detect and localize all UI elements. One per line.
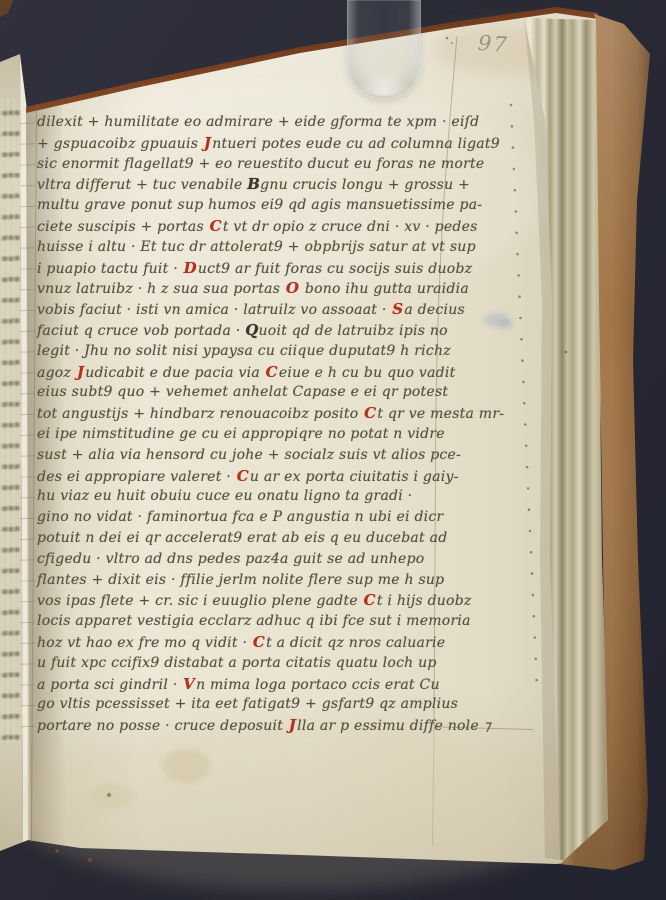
manuscript-photo: dilexit + humilitate eo admirare + eide … <box>0 0 666 900</box>
manuscript-line: tot angustijs + hindbarz renouacoibz pos… <box>37 403 467 424</box>
manuscript-line: hoz vt hao ex fre mo q vidit · Ct a dici… <box>37 632 467 653</box>
manuscript-text-block: dilexit + humilitate eo admirare + eide … <box>37 112 467 736</box>
manuscript-line: huisse i altu · Et tuc dr attolerat9 + o… <box>37 237 467 258</box>
manuscript-line: vobis faciut · isti vn amica · latruilz … <box>37 299 467 320</box>
manuscript-line: des ei appropiare valeret · Cu ar ex por… <box>37 466 467 487</box>
manuscript-line: ciete suscipis + portas Ct vt dr opio z … <box>37 216 467 237</box>
manuscript-line: sic enormit flagellat9 + eo reuestito du… <box>37 154 467 175</box>
manuscript-line: vnuz latruibz · h z sua sua portas O bon… <box>37 278 467 299</box>
manuscript-line: potuit n dei ei qr accelerat9 erat ab ei… <box>37 528 467 549</box>
manuscript-line: u fuit xpc ccifix9 distabat a porta cita… <box>37 653 467 674</box>
manuscript-line: cfigedu · vltro ad dns pedes paz4a guit … <box>37 549 467 570</box>
manuscript-line: locis apparet vestigia ecclarz adhuc q i… <box>37 611 467 632</box>
manuscript-line: i puapio tactu fuit · Duct9 ar fuit fora… <box>37 258 467 279</box>
manuscript-line: ei ipe nimstitudine ge cu ei appropiqre … <box>37 424 467 445</box>
manuscript-line: sust + alia via hensord cu johe + social… <box>37 445 467 466</box>
manuscript-line: a porta sci gindril · Vn mima loga porta… <box>37 674 467 695</box>
manuscript-line: flantes + dixit eis · ffilie jerlm nolit… <box>37 570 467 591</box>
manuscript-line: faciut q cruce vob portada · Quoit qd de… <box>37 320 467 341</box>
manuscript-line: + gspuacoibz gpuauis Jntueri potes eude … <box>37 133 467 154</box>
page-clamp <box>347 0 421 99</box>
facing-page-text <box>1 98 20 743</box>
folio-number: 97 <box>477 31 509 57</box>
manuscript-line: vltra differut + tuc venabile Bgnu cruci… <box>37 174 467 195</box>
manuscript-line: gino no vidat · faminortua fca e P angus… <box>37 507 467 528</box>
manuscript-line: hu viaz eu huit obuiu cuce eu onatu lign… <box>37 486 467 507</box>
manuscript-line: vos ipas flete + cr. sic i euuglio plene… <box>37 590 467 611</box>
manuscript-line: agoz Judicabit e due pacia via Ceiue e h… <box>37 362 467 383</box>
manuscript-line: go vltis pcessisset + ita eet fatigat9 +… <box>37 694 467 715</box>
manuscript-line: portare no posse · cruce deposuit Jlla a… <box>37 715 467 736</box>
manuscript-line: eius subt9 quo + vehemet anhelat Capase … <box>37 382 467 403</box>
manuscript-line: multu grave ponut sup humos ei9 qd agis … <box>37 195 467 216</box>
manuscript-line: legit · Jhu no solit nisi ypaysa cu ciiq… <box>37 341 467 362</box>
manuscript-line: dilexit + humilitate eo admirare + eide … <box>37 112 467 133</box>
clamp-glint <box>356 70 412 96</box>
